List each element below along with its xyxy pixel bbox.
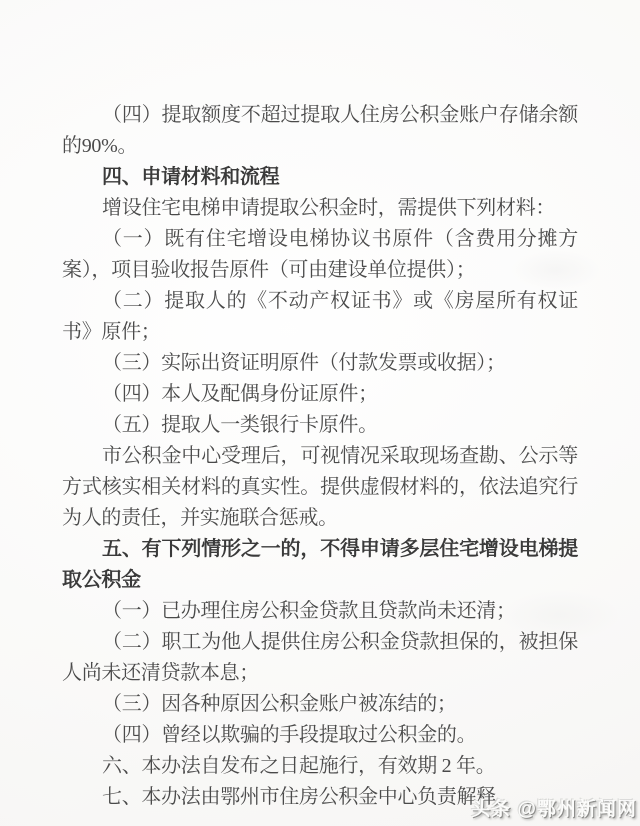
- document-paragraph: （四）曾经以欺骗的手段提取过公积金的。: [62, 720, 578, 751]
- document-paragraph: （三）实际出资证明原件（付款发票或收据）；: [62, 348, 578, 379]
- document-paragraph: （一）既有住宅增设电梯协议书原件（含费用分摊方案），项目验收报告原件（可由建设单…: [62, 224, 578, 286]
- scanned-document-page: （四）提取额度不超过提取人住房公积金账户存储余额的90%。四、申请材料和流程增设…: [0, 0, 640, 826]
- document-paragraph: 增设住宅电梯申请提取公积金时，需提供下列材料：: [62, 193, 578, 224]
- document-paragraph: （四）提取额度不超过提取人住房公积金账户存储余额的90%。: [62, 100, 578, 162]
- document-paragraph: 市公积金中心受理后，可视情况采取现场查勘、公示等方式核实相关材料的真实性。提供虚…: [62, 441, 578, 534]
- document-paragraph: （三）因各种原因公积金账户被冻结的；: [62, 689, 578, 720]
- document-paragraph: 四、申请材料和流程: [62, 162, 578, 193]
- document-paragraph: （二）提取人的《不动产权证书》或《房屋所有权证书》原件；: [62, 286, 578, 348]
- document-body: （四）提取额度不超过提取人住房公积金账户存储余额的90%。四、申请材料和流程增设…: [62, 100, 578, 813]
- document-paragraph: （二）职工为他人提供住房公积金贷款担保的，被担保人尚未还清贷款本息；: [62, 627, 578, 689]
- document-paragraph: 五、有下列情形之一的，不得申请多层住宅增设电梯提取公积金: [62, 534, 578, 596]
- news-source-watermark: 头条 @鄂州新闻网: [471, 794, 637, 821]
- document-paragraph: 六、本办法自发布之日起施行，有效期 2 年。: [62, 751, 578, 782]
- document-paragraph: （一）已办理住房公积金贷款且贷款尚未还清；: [62, 596, 578, 627]
- document-paragraph: （五）提取人一类银行卡原件。: [62, 410, 578, 441]
- document-paragraph: （四）本人及配偶身份证原件；: [62, 379, 578, 410]
